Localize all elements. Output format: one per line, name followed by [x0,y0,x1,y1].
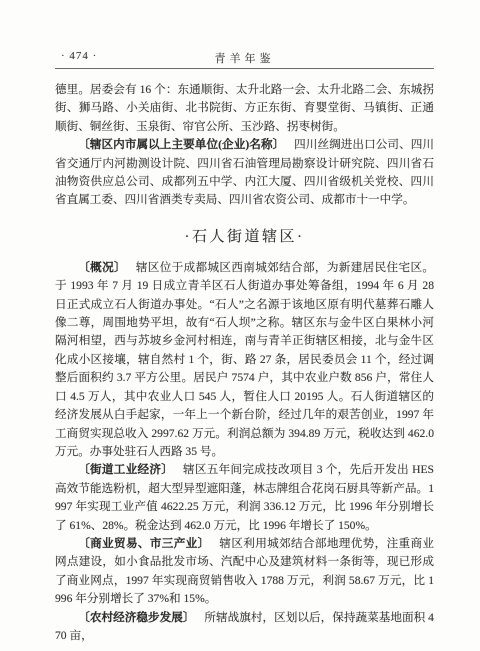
page-content: · 474 · 青羊年鉴 德里。居委会有 16 个：东通顺街、太升北路一会、太升… [55,50,434,645]
paragraph-commerce-label: 〔商业贸易、市三产业〕 [78,537,209,550]
paragraph-continuation: 德里。居委会有 16 个：东通顺街、太升北路一会、太升北路二会、东城拐街、狮马路… [55,81,434,136]
paragraph-continuation-text: 德里。居委会有 16 个：东通顺街、太升北路一会、太升北路二会、东城拐街、狮马路… [55,83,434,133]
body-text: 德里。居委会有 16 个：东通顺街、太升北路一会、太升北路二会、东城拐街、狮马路… [55,81,434,645]
paragraph-commerce: 〔商业贸易、市三产业〕辖区利用城郊结合部地理优势，注重商业网点建设，如小食品批发… [55,535,434,609]
paragraph-units: 〔辖区内市属以上主要单位(企业)名称〕四川丝绸进出口公司、四川省交通厅内河勘测设… [55,136,434,210]
paragraph-rural-label: 〔农村经济稳步发展〕 [78,611,194,624]
paragraph-industry: 〔街道工业经济〕辖区五年间完成技改项目 3 个，先后开发出 HES 高效节能选粉… [55,461,434,535]
paragraph-overview-text: 辖区位于成都城区西南城郊结合部，为新建居民住宅区。于 1993 年 7 月 19… [55,261,434,458]
paragraph-overview-label: 〔概况〕 [78,261,126,274]
paragraph-industry-label: 〔街道工业经济〕 [78,463,173,476]
paragraph-overview: 〔概况〕辖区位于成都城区西南城郊结合部，为新建居民住宅区。于 1993 年 7 … [55,259,434,461]
scanned-yearbook-page: · 474 · 青羊年鉴 德里。居委会有 16 个：东通顺街、太升北路一会、太升… [0,0,480,651]
book-title: 青羊年鉴 [55,50,434,66]
section-heading: ·石人街道辖区· [55,225,434,246]
paragraph-units-label: 〔辖区内市属以上主要单位(企业)名称〕 [78,138,284,151]
running-header: · 474 · 青羊年鉴 [55,50,434,69]
paragraph-rural: 〔农村经济稳步发展〕所辖战旗村，区划以后，保持蔬菜基地面积 470 亩， [55,609,434,646]
